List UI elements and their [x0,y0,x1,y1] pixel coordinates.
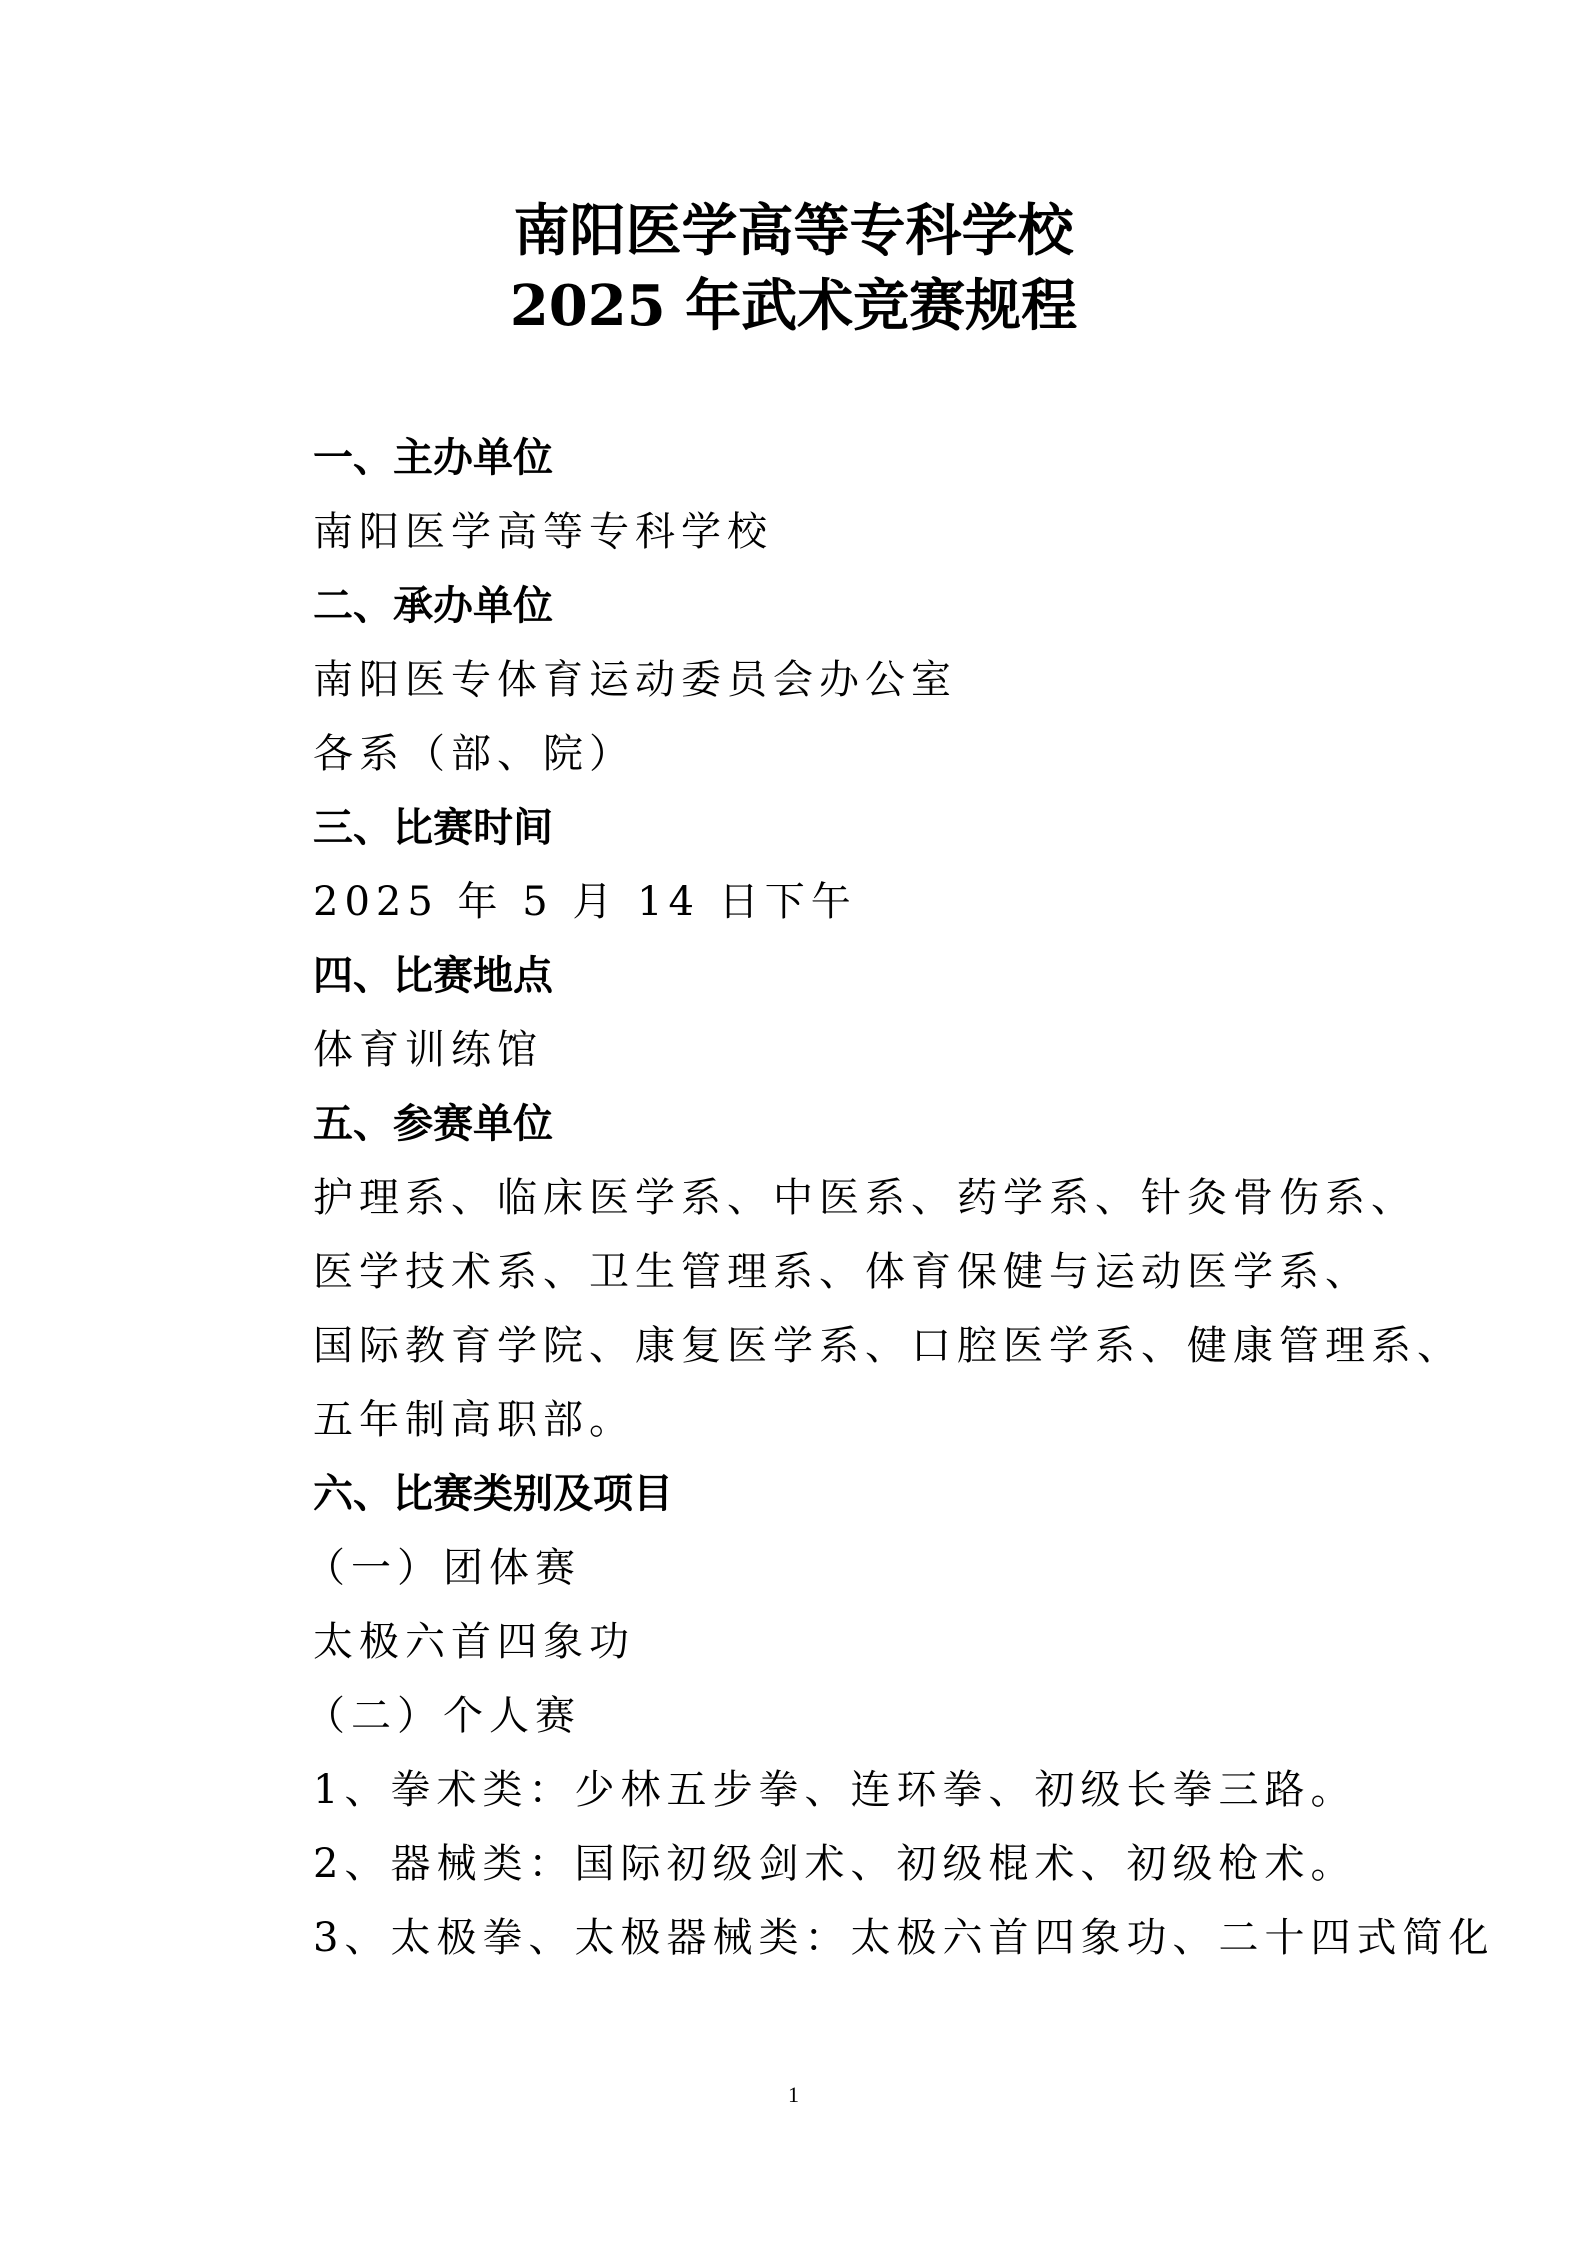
individual-item-3: 3、太极拳、太极器械类：太极六首四象功、二十四式简化 [313,1910,1494,1966]
time-text: 2025 年 5 月 14 日下午 [313,874,857,930]
individual-item-1: 1、拳术类：少林五步拳、连环拳、初级长拳三路。 [313,1762,1356,1818]
section-heading-venue: 四、比赛地点 [313,948,553,1004]
item-text: 国际初级剑术、初级棍术、初级枪术。 [574,1841,1356,1887]
participants-line-1: 护理系、临床医学系、中医系、药学系、针灸骨伤系、 [313,1170,1417,1226]
document-page: 南阳医学高等专科学校 2025 年武术竞赛规程 一、主办单位 南阳医学高等专科学… [0,0,1587,2245]
venue-text: 体育训练馆 [313,1022,543,1078]
item-label: 2、器械类： [313,1841,574,1887]
item-label: 1、拳术类： [313,1767,574,1813]
host-text-2: 各系（部、院） [313,726,635,782]
subsection-heading-team: （一）团体赛 [305,1540,581,1596]
document-title-line-1: 南阳医学高等专科学校 [0,195,1587,267]
section-heading-organizer: 一、主办单位 [313,430,553,486]
item-label: 3、太极拳、太极器械类： [313,1915,850,1961]
item-text: 少林五步拳、连环拳、初级长拳三路。 [574,1767,1356,1813]
participants-line-3: 国际教育学院、康复医学系、口腔医学系、健康管理系、 [313,1318,1463,1374]
participants-line-4: 五年制高职部。 [313,1392,635,1448]
team-event-text: 太极六首四象功 [313,1614,635,1670]
individual-item-2: 2、器械类：国际初级剑术、初级棍术、初级枪术。 [313,1836,1356,1892]
section-heading-host: 二、承办单位 [313,578,553,634]
document-title-line-2: 2025 年武术竞赛规程 [0,270,1587,342]
section-heading-participants: 五、参赛单位 [313,1096,553,1152]
section-heading-time: 三、比赛时间 [313,800,553,856]
page-number: 1 [0,2082,1587,2108]
host-text-1: 南阳医专体育运动委员会办公室 [313,652,957,708]
section-heading-events: 六、比赛类别及项目 [313,1466,673,1522]
participants-line-2: 医学技术系、卫生管理系、体育保健与运动医学系、 [313,1244,1371,1300]
organizer-text: 南阳医学高等专科学校 [313,504,773,560]
subsection-heading-individual: （二）个人赛 [305,1688,581,1744]
item-text: 太极六首四象功、二十四式简化 [850,1915,1494,1961]
